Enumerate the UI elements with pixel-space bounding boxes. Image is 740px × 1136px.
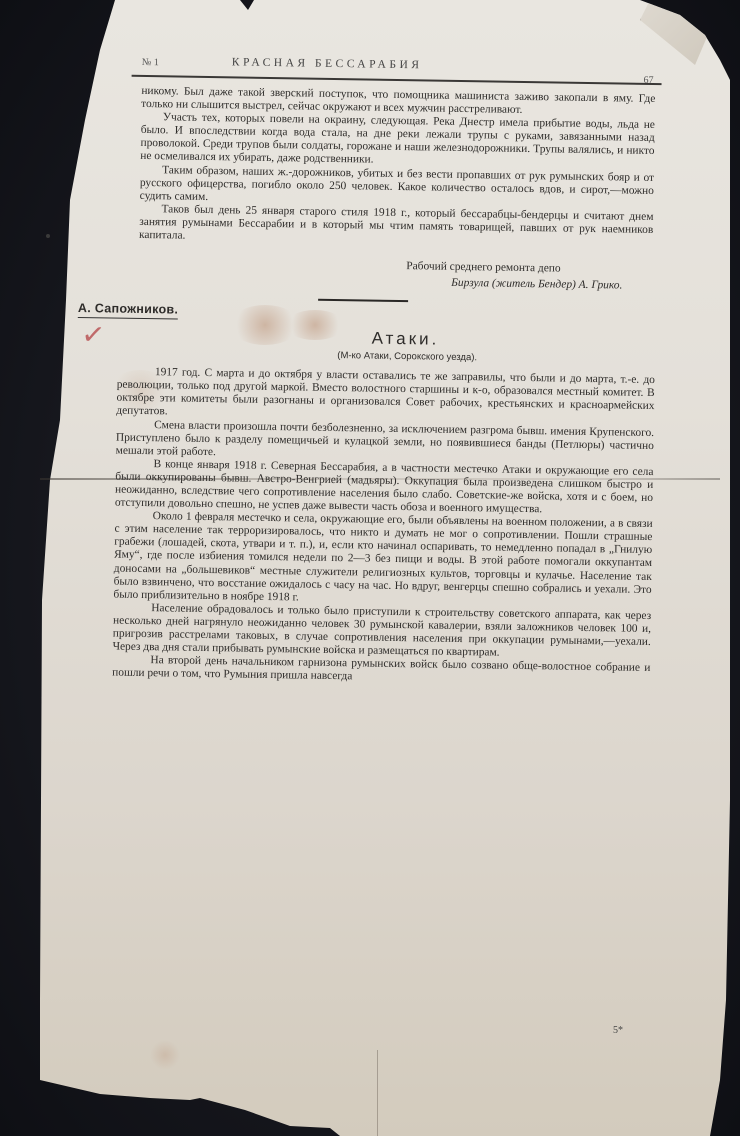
pen-check-mark-icon: ✓: [80, 317, 110, 353]
article-title-text: Атаки.: [372, 329, 440, 349]
article-separator: [318, 299, 408, 302]
signature-mark: 5*: [613, 1025, 623, 1036]
issue-number: № 1: [142, 57, 159, 68]
paragraph: 1917 год. С марта и до октября у власти …: [116, 366, 655, 427]
header-rule: [132, 75, 662, 85]
article-author: А. Сапожников.: [78, 301, 179, 320]
paragraph: Таков был день 25 января старого стиля 1…: [139, 203, 654, 250]
journal-title: КРАСНАЯ БЕССАРАБИЯ: [232, 56, 423, 71]
previous-article-text: никому. Был даже такой зверский поступок…: [78, 84, 661, 294]
signature-block: Рабочий среднего ремонта депо Бирзула (ж…: [138, 254, 652, 294]
page-content: № 1 КРАСНАЯ БЕССАРАБИЯ 67 никому. Был да…: [72, 50, 662, 688]
article-body: 1917 год. С марта и до октября у власти …: [72, 365, 657, 688]
paragraph: Население обрадовалось и только было при…: [113, 601, 652, 662]
stain: [150, 1040, 180, 1070]
paragraph: Участь тех, которых повели на окраину, с…: [140, 111, 655, 171]
paragraph: Около 1 февраля местечко и села, окружаю…: [113, 510, 652, 610]
paragraph: В конце января 1918 г. Северная Бессараб…: [115, 457, 654, 518]
crease: [377, 1050, 378, 1136]
punch-hole: [46, 234, 50, 238]
